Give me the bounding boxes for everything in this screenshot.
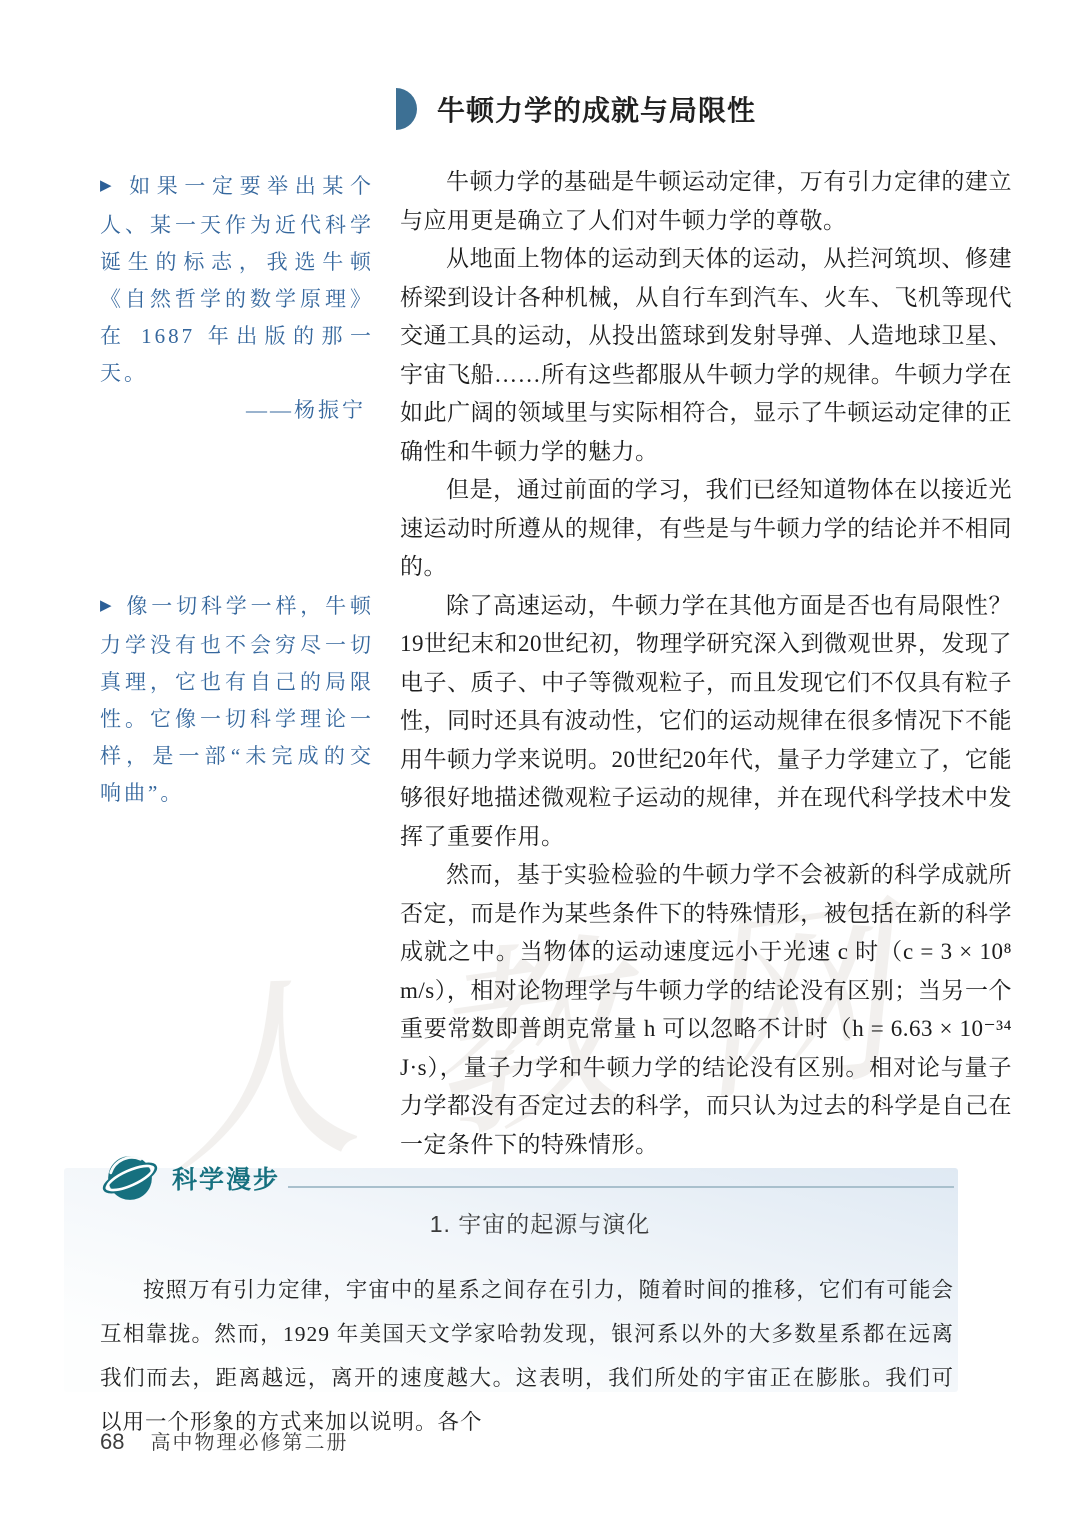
section-marker-halfcircle-icon — [396, 88, 417, 130]
science-walk-text: 按照万有引力定律，宇宙中的星系之间存在引力，随着时间的推移，它们有可能会互相靠拢… — [100, 1268, 954, 1444]
science-walk-article-title: 1. 宇宙的起源与演化 — [160, 1206, 920, 1239]
triangle-bullet-icon: ▶ — [100, 176, 115, 194]
header-rule-line — [288, 1186, 954, 1188]
planet-ring-icon — [102, 1150, 158, 1206]
body-paragraph: 从地面上物体的运动到天体的运动，从拦河筑坝、修建桥梁到设计各种机械，从自行车到汽… — [400, 240, 1012, 471]
book-title: 高中物理必修第二册 — [150, 1426, 348, 1455]
science-walk-header: 科学漫步 — [102, 1150, 280, 1206]
science-walk-label: 科学漫步 — [172, 1160, 280, 1196]
margin-note-yang-zhenning: ▶如果一定要举出某个人、某一天作为近代科学诞生的标志，我选牛顿《自然哲学的数学原… — [100, 168, 374, 429]
body-paragraph: 除了高速运动，牛顿力学在其他方面是否也有局限性？19世纪末和20世纪初，物理学研… — [400, 587, 1012, 857]
body-paragraph: 然而，基于实验检验的牛顿力学不会被新的科学成就所否定，而是作为某些条件下的特殊情… — [400, 856, 1012, 1164]
margin-note-text: 像一切科学一样，牛顿力学没有也不会穷尽一切真理，它也有自己的局限性。它像一切科学… — [100, 594, 374, 805]
page-title: 牛顿力学的成就与局限性 — [437, 89, 756, 129]
margin-note-text: 如果一定要举出某个人、某一天作为近代科学诞生的标志，我选牛顿《自然哲学的数学原理… — [100, 174, 374, 385]
triangle-bullet-icon: ▶ — [100, 596, 112, 614]
page-number: 68 — [100, 1429, 124, 1455]
textbook-page: 人教网 牛顿力学的成就与局限性 ▶如果一定要举出某个人、某一天作为近代科学诞生的… — [0, 0, 1080, 1527]
body-paragraph: 但是，通过前面的学习，我们已经知道物体在以接近光速运动时所遵从的规律，有些是与牛… — [400, 471, 1012, 587]
margin-note-attribution: ——杨振宁 — [100, 392, 374, 429]
main-text-column: 牛顿力学的基础是牛顿运动定律，万有引力定律的建立与应用更是确立了人们对牛顿力学的… — [400, 163, 1012, 1164]
page-footer: 68 高中物理必修第二册 — [100, 1426, 348, 1455]
margin-note-limitations: ▶像一切科学一样，牛顿力学没有也不会穷尽一切真理，它也有自己的局限性。它像一切科… — [100, 588, 374, 812]
science-walk-paragraph: 按照万有引力定律，宇宙中的星系之间存在引力，随着时间的推移，它们有可能会互相靠拢… — [100, 1268, 954, 1444]
section-header: 牛顿力学的成就与局限性 — [396, 88, 756, 130]
body-paragraph: 牛顿力学的基础是牛顿运动定律，万有引力定律的建立与应用更是确立了人们对牛顿力学的… — [400, 163, 1012, 240]
